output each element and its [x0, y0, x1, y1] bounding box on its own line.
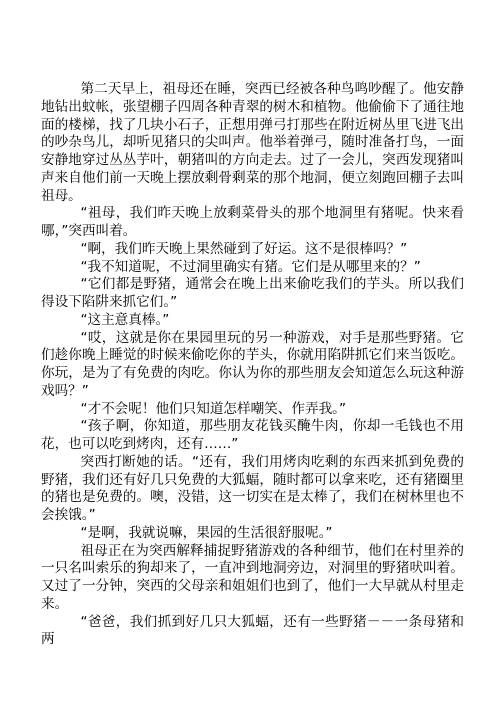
- paragraph: “我不知道呢，不过洞里确实有猪。它们是从哪里来的？”: [41, 259, 464, 277]
- paragraph: “这主意真棒。”: [41, 312, 464, 330]
- paragraph: “啊，我们昨天晚上果然碰到了好运。这不是很棒吗？”: [41, 241, 464, 259]
- paragraph: “祖母，我们昨天晚上放剩菜骨头的那个地洞里有猪呢。快来看哪，”突西叫着。: [41, 205, 464, 241]
- paragraph: “它们都是野猪，通常会在晚上出来偷吃我们的芋头。所以我们得设下陷阱来抓它们。”: [41, 276, 464, 312]
- paragraph: “爸爸，我们抓到好几只大狐蝠，还有一些野猪－－一条母猪和两: [41, 614, 464, 650]
- paragraph: “才不会呢！他们只知道怎样嘲笑、作弄我。”: [41, 401, 464, 419]
- paragraph: 突西打断她的话。“还有，我们用烤肉吃剩的东西来抓到免费的野猪，我们还有好几只免费…: [41, 454, 464, 525]
- paragraph: 祖母正在为突西解释捕捉野猪游戏的各种细节，他们在村里养的一只名叫索乐的狗却来了，…: [41, 543, 464, 614]
- paragraph: 第二天早上，祖母还在睡，突西已经被各种鸟鸣吵醒了。他安静地钻出蚊帐，张望棚子四周…: [41, 81, 464, 205]
- paragraph: “孩子啊，你知道，那些朋友花钱买醃牛肉，你却一毛钱也不用花，也可以吃到烤肉，还有…: [41, 418, 464, 454]
- paragraph: “哎，这就是你在果园里玩的另一种游戏，对手是那些野猪。它们趁你晚上睡觉的时候来偷…: [41, 330, 464, 401]
- paragraph: “是啊，我就说嘛，果园的生活很舒服呢。”: [41, 525, 464, 543]
- book-page: 第二天早上，祖母还在睡，突西已经被各种鸟鸣吵醒了。他安静地钻出蚊帐，张望棚子四周…: [0, 0, 501, 711]
- body-text: 第二天早上，祖母还在睡，突西已经被各种鸟鸣吵醒了。他安静地钻出蚊帐，张望棚子四周…: [41, 81, 464, 649]
